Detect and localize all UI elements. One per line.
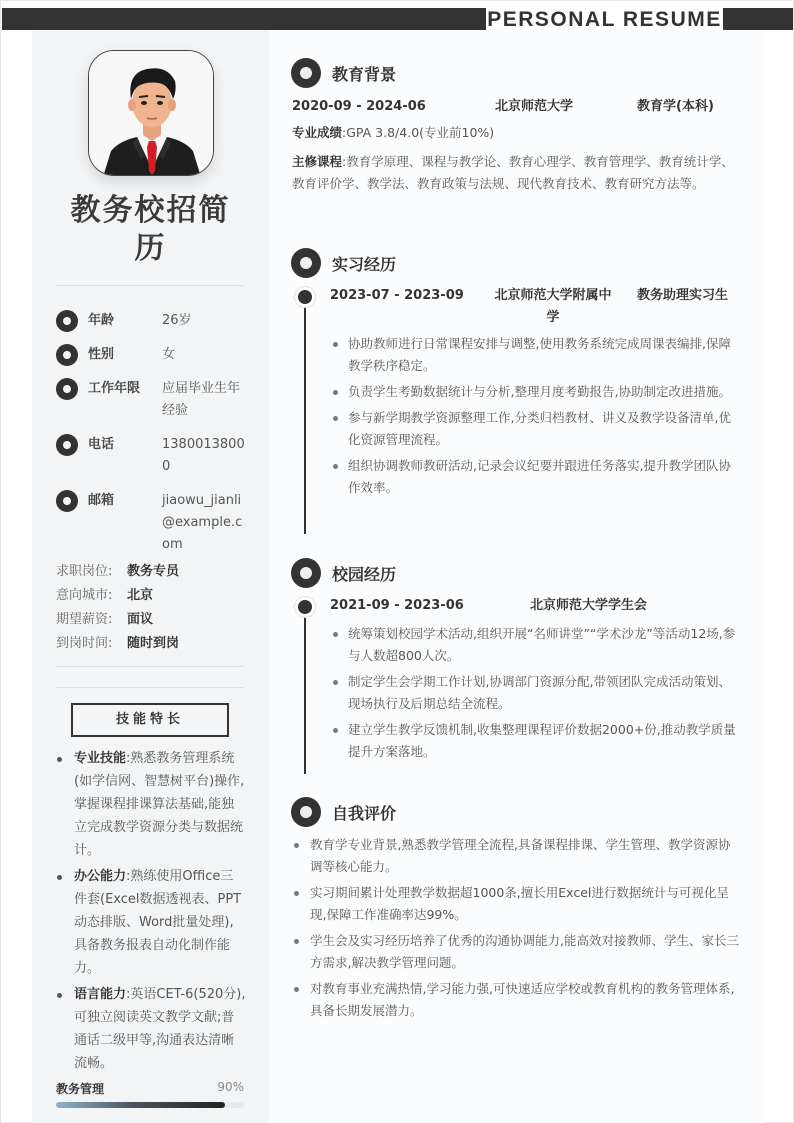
main-content: 教育背景 2020-09 - 2024-06 北京师范大学 教育学(本科) 专业… — [269, 30, 765, 1123]
skill-title: 办公能力 — [74, 869, 126, 884]
banner-bar-right — [723, 8, 793, 30]
bullet-item: 学生会及实习经历培养了优秀的沟通协调能力,能高效对接教师、学生、家长三方需求,解… — [292, 930, 742, 974]
section-ring-icon — [291, 558, 321, 588]
bullet-item: 协助教师进行日常课程安排与调整,使用教务系统完成周课表编排,保障教学秩序稳定。 — [330, 333, 740, 377]
skill-bar-percent: 90% — [217, 1080, 244, 1097]
banner-bar-left — [2, 8, 486, 30]
job-value: 随时到岗 — [127, 632, 179, 656]
job-value: 面议 — [127, 608, 153, 632]
job-label: 到岗时间: — [56, 632, 127, 656]
section-self-title: 自我评价 — [291, 797, 396, 827]
bullet-item: 统筹策划校园学术活动,组织开展“名师讲堂”“学术沙龙”等活动12场,参与人数超8… — [330, 623, 740, 667]
ring-bullet-icon — [56, 310, 78, 332]
skill-bar-header: 教务管理 90% — [56, 1080, 244, 1097]
section-internship-title: 实习经历 — [291, 248, 396, 278]
section-campus-title: 校园经历 — [291, 558, 396, 588]
bullet-item: 组织协调教师教研活动,记录会议纪要并跟进任务落实,提升教学团队协作效率。 — [330, 455, 740, 499]
skill-title: 语言能力 — [74, 987, 126, 1002]
resume-page: PERSONAL RESUME — [0, 0, 794, 1123]
campus-period: 2021-09 - 2023-06 — [330, 595, 464, 617]
bullet-item: 对教育事业充满热情,学习能力强,可快速适应学校或教育机构的教务管理体系,具备长期… — [292, 978, 742, 1022]
internship-period: 2023-07 - 2023-09 — [330, 285, 464, 307]
email-link[interactable]: jiaowu_jianli@example.com — [162, 490, 248, 556]
divider — [56, 285, 244, 286]
self-evaluation-list: 教育学专业背景,熟悉教学管理全流程,具备课程排课、学生管理、教学资源协调等核心能… — [292, 834, 742, 1026]
education-period: 2020-09 - 2024-06 — [292, 97, 426, 117]
personal-info-list: 年龄 26岁 性别 女 工作年限 应届毕业生年经验 电话 13800138000… — [56, 310, 256, 568]
courses-text: :教育学原理、课程与教学论、教育心理学、教育管理学、教育统计学、教育评价学、教学… — [292, 154, 734, 191]
info-label: 年龄 — [88, 310, 162, 332]
grade-text: :GPA 3.8/4.0(专业前10%) — [342, 125, 494, 140]
timeline-line — [304, 296, 306, 534]
info-row-age: 年龄 26岁 — [56, 310, 256, 332]
section-ring-icon — [291, 248, 321, 278]
job-label: 期望薪资: — [56, 608, 127, 632]
resume-title: 教务校招简历 — [32, 192, 269, 268]
section-title-text: 教育背景 — [332, 62, 396, 85]
skills-heading: 技能特长 — [71, 703, 229, 737]
info-value[interactable]: 13800138000 — [162, 434, 248, 478]
info-row-email: 邮箱 jiaowu_jianli@example.com — [56, 490, 256, 556]
info-value: 应届毕业生年经验 — [162, 378, 248, 422]
job-label: 求职岗位: — [56, 560, 127, 584]
ring-bullet-icon — [56, 344, 78, 366]
info-label: 电话 — [88, 434, 162, 456]
internship-bullets: 协助教师进行日常课程安排与调整,使用教务系统完成周课表编排,保障教学秩序稳定。 … — [330, 333, 740, 503]
skill-title: 专业技能 — [74, 751, 126, 766]
education-degree: 教育学(本科) — [637, 97, 714, 117]
skill-item: 办公能力:熟练使用Office三件套(Excel数据透视表、PPT动态排版、Wo… — [56, 865, 246, 980]
skills-list: 专业技能:熟悉教务管理系统(如学信网、智慧树平台)操作,掌握课程排课算法基础,能… — [56, 747, 246, 1078]
job-value: 北京 — [127, 584, 153, 608]
section-title-text: 校园经历 — [332, 562, 396, 585]
section-ring-icon — [291, 58, 321, 88]
job-row: 期望薪资: 面议 — [56, 608, 256, 632]
info-value: 26岁 — [162, 310, 248, 332]
sidebar: 教务校招简历 年龄 26岁 性别 女 工作年限 应届毕业生年经验 电话 1380 — [32, 30, 269, 1123]
bullet-item: 参与新学期教学资源整理工作,分类归档教材、讲义及教学设备清单,优化资源管理流程。 — [330, 407, 740, 451]
education-grade: 专业成绩:GPA 3.8/4.0(专业前10%) — [292, 122, 737, 144]
info-row-phone: 电话 13800138000 — [56, 434, 256, 478]
skill-item: 语言能力:英语CET-6(520分),可独立阅读英文教学文献;普通话二级甲等,沟… — [56, 983, 246, 1075]
education-courses: 主修课程:教育学原理、课程与教学论、教育心理学、教育管理学、教育统计学、教育评价… — [292, 151, 737, 195]
job-value: 教务专员 — [127, 560, 179, 584]
job-intention-list: 求职岗位: 教务专员 意向城市: 北京 期望薪资: 面议 到岗时间: 随时到岗 — [56, 560, 256, 656]
timeline-dot-icon — [298, 290, 312, 304]
bullet-item: 教育学专业背景,熟悉教学管理全流程,具备课程排课、学生管理、教学资源协调等核心能… — [292, 834, 742, 878]
section-ring-icon — [291, 797, 321, 827]
ring-bullet-icon — [56, 434, 78, 456]
bullet-item: 建立学生教学反馈机制,收集整理课程评价数据2000+份,推动教学质量提升方案落地… — [330, 719, 740, 763]
courses-label: 主修课程 — [292, 154, 342, 169]
ring-bullet-icon — [56, 378, 78, 400]
skill-item: 专业技能:熟悉教务管理系统(如学信网、智慧树平台)操作,掌握课程排课算法基础,能… — [56, 747, 246, 862]
section-title-text: 实习经历 — [332, 252, 396, 275]
skill-text: :熟悉教务管理系统(如学信网、智慧树平台)操作,掌握课程排课算法基础,能独立完成… — [74, 751, 244, 858]
campus-org: 北京师范大学学生会 — [530, 595, 690, 617]
info-label: 工作年限 — [88, 378, 162, 400]
grade-label: 专业成绩 — [292, 125, 342, 140]
campus-bullets: 统筹策划校园学术活动,组织开展“名师讲堂”“学术沙龙”等活动12场,参与人数超8… — [330, 623, 740, 767]
internship-header: 2023-07 - 2023-09 北京师范大学附属中学 教务助理实习生 — [330, 285, 740, 329]
skill-progress-fill — [56, 1102, 225, 1108]
bullet-item: 制定学生会学期工作计划,协调部门资源分配,带领团队完成活动策划、现场执行及后期总… — [330, 671, 740, 715]
avatar-illustration-icon — [89, 51, 214, 176]
divider — [56, 666, 244, 667]
skill-text: :熟练使用Office三件套(Excel数据透视表、PPT动态排版、Word批量… — [74, 869, 241, 976]
job-row: 意向城市: 北京 — [56, 584, 256, 608]
job-label: 意向城市: — [56, 584, 127, 608]
job-row: 到岗时间: 随时到岗 — [56, 632, 256, 656]
timeline-line — [304, 606, 306, 774]
skill-progress-bar — [56, 1102, 244, 1108]
section-education-title: 教育背景 — [291, 58, 396, 88]
bullet-item: 负责学生考勤数据统计与分析,整理月度考勤报告,协助制定改进措施。 — [330, 381, 740, 403]
avatar — [88, 50, 214, 176]
ring-bullet-icon — [56, 490, 78, 512]
internship-org: 北京师范大学附属中学 — [493, 285, 613, 329]
info-row-experience: 工作年限 应届毕业生年经验 — [56, 378, 256, 422]
education-school: 北京师范大学 — [495, 97, 573, 117]
info-label: 邮箱 — [88, 490, 162, 512]
info-row-gender: 性别 女 — [56, 344, 256, 366]
info-value: 女 — [162, 344, 248, 366]
bullet-item: 实习期间累计处理教学数据超1000条,擅长用Excel进行数据统计与可视化呈现,… — [292, 882, 742, 926]
banner-title: PERSONAL RESUME — [486, 5, 723, 33]
skill-bar-label: 教务管理 — [56, 1080, 104, 1097]
timeline-dot-icon — [298, 600, 312, 614]
info-label: 性别 — [88, 344, 162, 366]
campus-header: 2021-09 - 2023-06 北京师范大学学生会 — [330, 595, 740, 617]
divider — [56, 687, 244, 688]
internship-role: 教务助理实习生 — [637, 285, 728, 307]
section-title-text: 自我评价 — [332, 801, 396, 824]
job-row: 求职岗位: 教务专员 — [56, 560, 256, 584]
